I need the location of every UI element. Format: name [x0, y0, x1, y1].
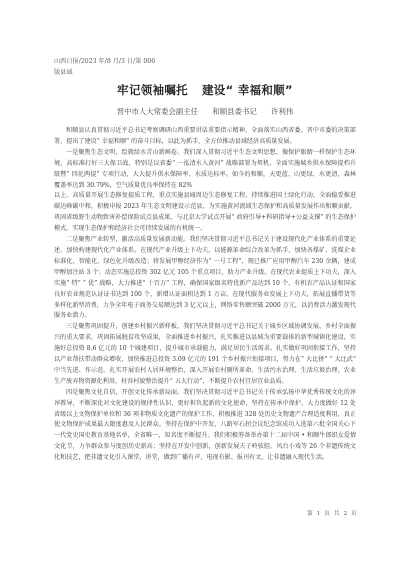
page-indicator: 第 1 页 共 2 页 — [307, 508, 358, 517]
paragraph-culture: 四是聚焦文化自信，开创文化传承新局面。我们坚决贯彻习近平总书记关于传承弘扬中华优… — [54, 388, 356, 464]
article-body: 和顺县认真贯彻习近平总书记考察调研山西重要讲话重要指示精神，全面落实山西省委、晋… — [54, 126, 356, 464]
paragraph-rural: 三是聚焦巩固提升，创建乡村振兴新样板。我们坚决贯彻习近平总书记关于城乡区域协调发… — [54, 322, 356, 387]
title-part-1: 牢记领袖嘱托 — [117, 83, 188, 97]
article-title: 牢记领袖嘱托建设“ 幸福和顺” — [0, 82, 410, 98]
paragraph-ecology: 一是聚焦生态文明，绘就绿水青山新画卷。我们深入贯彻习近平生态文明思想，像保护眼睛… — [54, 148, 356, 192]
source-meta: 山西日报/2023 年/8 月/3 日/第 006 版县域 — [54, 56, 155, 78]
byline-role-1: 晋中市人大常委会副主任 — [117, 107, 198, 116]
byline-author: 许利伟 — [271, 107, 293, 116]
byline: 晋中市人大常委会副主任 和顺县委书记 许利伟 — [0, 106, 410, 117]
document-page: 山西日报/2023 年/8 月/3 日/第 006 版县域 牢记领袖嘱托建设“ … — [0, 0, 410, 580]
paragraph-intro: 和顺县认真贯彻习近平总书记考察调研山西重要讲话重要指示精神，全面落实山西省委、晋… — [54, 126, 356, 148]
paragraph-industry: 二是聚焦产业转型，激活高质量发展新动能。我们坚决贯彻习近平总书记关于建设现代化产… — [54, 235, 356, 322]
byline-role-2: 和顺县委书记 — [212, 107, 256, 116]
title-part-2: 建设“ 幸福和顺” — [202, 83, 293, 97]
source-line: 山西日报/2023 年/8 月/3 日/第 006 — [54, 56, 155, 67]
paragraph-ecology-cont: 以上。高质量开展生态修复提质工程，重点实施县城周边生态修复工程，持续推进国土绿化… — [54, 191, 356, 235]
section-label: 版县域 — [54, 67, 155, 78]
